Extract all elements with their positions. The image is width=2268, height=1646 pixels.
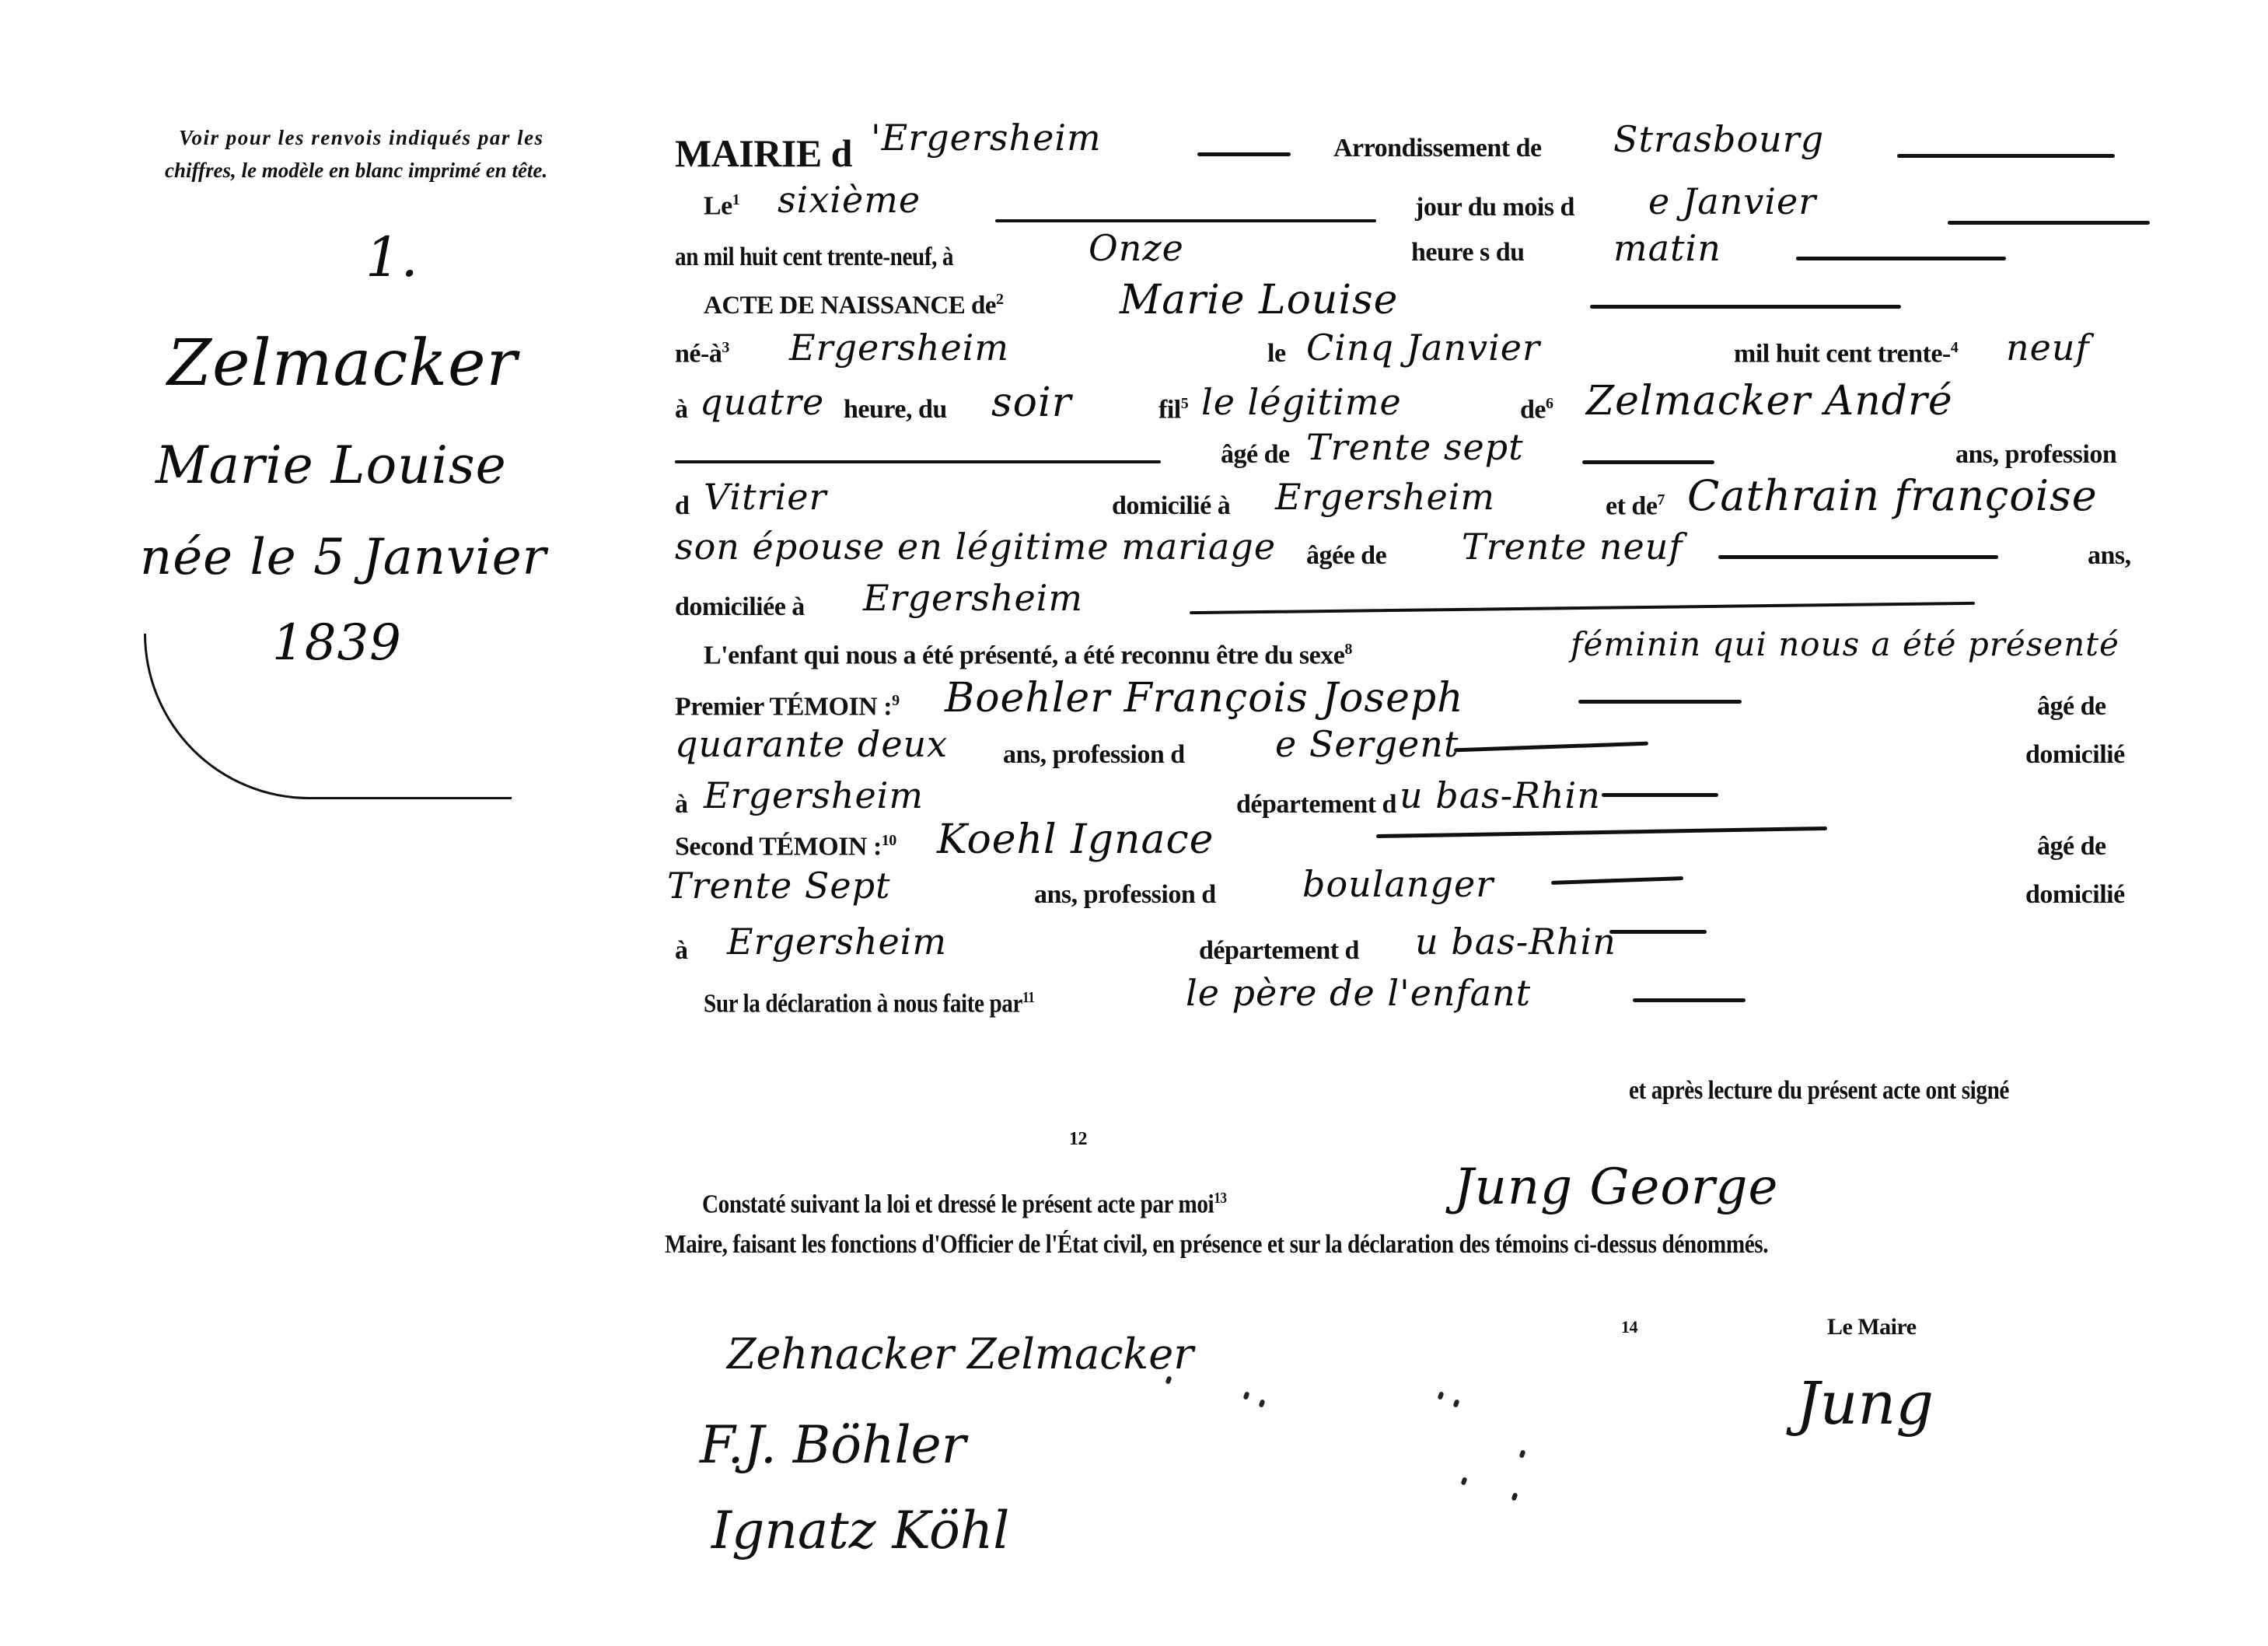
witness1-a-label: à bbox=[675, 790, 688, 820]
witness1-age: quarante deux bbox=[675, 723, 948, 765]
mother-domicile: Ergersheim bbox=[863, 577, 1083, 619]
witness2-age-label: âgé de bbox=[2037, 832, 2106, 861]
witness2-domicile: Ergersheim bbox=[727, 921, 947, 963]
fil-value: le légitime bbox=[1201, 381, 1402, 423]
le-date-label: le bbox=[1267, 339, 1286, 369]
witness2-domicilie-label: domicilié bbox=[2025, 880, 2125, 910]
arrondissement-value: Strasbourg bbox=[1613, 118, 1824, 160]
ink-speck bbox=[1460, 1477, 1467, 1485]
fill-rule bbox=[1376, 826, 1827, 838]
margin-flourish bbox=[144, 634, 512, 799]
le-maire-label: Le Maire bbox=[1827, 1314, 1917, 1340]
constate-label: Constaté suivant la loi et dressé le pré… bbox=[702, 1190, 1227, 1219]
ink-speck bbox=[1511, 1492, 1518, 1501]
ne-label: né-à3 bbox=[675, 339, 729, 369]
arrondissement-label: Arrondissement de bbox=[1333, 134, 1542, 163]
month-value: e Janvier bbox=[1648, 180, 1816, 222]
acte-label: ACTE DE NAISSANCE de2 bbox=[704, 291, 1004, 320]
signed-label: et après lecture du présent acte ont sig… bbox=[1629, 1076, 2009, 1106]
mayor-signature: Jung bbox=[1796, 1368, 1934, 1438]
margin-note-line2: chiffres, le modèle en blanc imprimé en … bbox=[165, 159, 547, 183]
birth-date: Cinq Janvier bbox=[1306, 327, 1540, 369]
ink-speck bbox=[1242, 1391, 1249, 1400]
et-de-label: et de7 bbox=[1606, 491, 1665, 521]
father-name: Zelmacker André bbox=[1586, 378, 1953, 425]
witness1-domicile: Ergersheim bbox=[704, 774, 924, 816]
hour-value: Onze bbox=[1089, 227, 1184, 269]
birth-year-label: mil huit cent trente-4 bbox=[1734, 339, 1958, 369]
father-profession: Vitrier bbox=[704, 476, 827, 518]
birth-year-value: neuf bbox=[2006, 327, 2090, 369]
child-name: Marie Louise bbox=[1120, 277, 1398, 323]
signature-2: F.J. Böhler bbox=[700, 1415, 966, 1475]
year-label: an mil huit cent trente-neuf, à bbox=[675, 243, 953, 272]
enfant-label: L'enfant qui nous a été présenté, a été … bbox=[704, 641, 1352, 670]
ref-12: 12 bbox=[1069, 1129, 1087, 1150]
ink-speck bbox=[1437, 1391, 1444, 1400]
mairie-value: 'Ergersheim bbox=[871, 117, 1102, 159]
mother-age: Trente neuf bbox=[1462, 526, 1683, 568]
witness2-name: Koehl Ignace bbox=[937, 816, 1214, 863]
signature-1: Zehnacker Zelmacker bbox=[727, 1330, 1193, 1379]
witness1-profession: e Sergent bbox=[1275, 723, 1459, 765]
day-value: sixième bbox=[778, 179, 921, 221]
witness2-age: Trente Sept bbox=[667, 865, 891, 907]
fill-rule bbox=[995, 219, 1376, 222]
premier-temoin-label: Premier TÉMOIN :9 bbox=[675, 692, 900, 722]
le-label: Le1 bbox=[704, 191, 739, 221]
ans-label: ans, bbox=[2088, 541, 2131, 571]
fill-rule bbox=[1190, 602, 1975, 614]
maire-line: Maire, faisant les fonctions d'Officier … bbox=[665, 1230, 1768, 1260]
father-domicile: Ergersheim bbox=[1275, 476, 1495, 518]
mother-relation: son épouse en légitime mariage bbox=[675, 526, 1276, 568]
margin-given-names: Marie Louise bbox=[156, 435, 507, 495]
birth-period: soir bbox=[991, 379, 1071, 426]
witness1-age-label: âgé de bbox=[2037, 692, 2106, 722]
ink-speck bbox=[1518, 1449, 1525, 1458]
birth-heure-label: heure, du bbox=[844, 395, 947, 425]
heure-label: heure s du bbox=[1411, 238, 1525, 267]
birth-hour-value: quatre bbox=[700, 381, 824, 423]
fill-rule bbox=[1796, 257, 2006, 260]
fill-rule bbox=[1578, 700, 1742, 704]
fill-rule bbox=[1633, 998, 1746, 1002]
witness1-dept: u bas-Rhin bbox=[1400, 774, 1601, 816]
declaration-label: Sur la déclaration à nous faite par11 bbox=[704, 989, 1034, 1019]
domiciliee-label: domiciliée à bbox=[675, 592, 805, 622]
margin-note-line1: Voir pour les renvois indiqués par les bbox=[179, 126, 544, 150]
sex-value: féminin qui nous a été présenté bbox=[1571, 625, 2119, 663]
witness2-profession-label: ans, profession d bbox=[1034, 880, 1216, 910]
ans-profession-label: ans, profession bbox=[1955, 440, 2116, 470]
d-label: d bbox=[675, 491, 689, 521]
officer-name: Jung George bbox=[1454, 1158, 1778, 1216]
witness1-domicilie-label: domicilié bbox=[2025, 740, 2125, 770]
period-value: matin bbox=[1613, 227, 1721, 269]
declarant: le père de l'enfant bbox=[1186, 972, 1531, 1014]
father-age: Trente sept bbox=[1306, 426, 1524, 468]
margin-born-line: née le 5 Janvier bbox=[140, 529, 547, 586]
birthplace: Ergersheim bbox=[789, 327, 1009, 369]
entry-number: 1. bbox=[365, 225, 419, 289]
witness1-departement-label: département d bbox=[1236, 790, 1396, 820]
witness2-departement-label: département d bbox=[1199, 936, 1359, 966]
witness1-name: Boehler François Joseph bbox=[945, 675, 1464, 722]
witness2-a-label: à bbox=[675, 936, 688, 966]
ink-speck bbox=[1258, 1399, 1265, 1407]
ink-speck bbox=[1452, 1399, 1459, 1407]
fill-rule bbox=[1948, 221, 2150, 225]
mother-age-label: âgée de bbox=[1306, 541, 1386, 571]
witness2-dept: u bas-Rhin bbox=[1415, 921, 1616, 963]
witness2-profession: boulanger bbox=[1302, 863, 1494, 905]
fill-rule bbox=[1609, 930, 1707, 934]
fill-rule bbox=[1602, 793, 1718, 797]
fill-rule bbox=[1590, 305, 1901, 309]
second-temoin-label: Second TÉMOIN :10 bbox=[675, 832, 896, 861]
jour-du-mois-label: jour du mois d bbox=[1415, 193, 1574, 222]
fill-rule bbox=[1897, 154, 2115, 158]
mother-name: Cathrain françoise bbox=[1687, 471, 2098, 520]
fill-rule bbox=[1454, 742, 1648, 753]
signature-3: Ignatz Köhl bbox=[711, 1501, 1009, 1560]
margin-surname: Zelmacker bbox=[167, 327, 518, 400]
fil-label: fil5 bbox=[1158, 395, 1188, 425]
de-label: de6 bbox=[1520, 395, 1553, 425]
fill-rule bbox=[1551, 876, 1683, 885]
birth-hour-prefix: à bbox=[675, 395, 688, 425]
fill-rule bbox=[1718, 555, 1998, 559]
witness1-profession-label: ans, profession d bbox=[1003, 740, 1185, 770]
fill-rule bbox=[1197, 152, 1291, 156]
fill-rule bbox=[1582, 460, 1714, 464]
father-age-label: âgé de bbox=[1221, 440, 1290, 470]
ref-14: 14 bbox=[1621, 1317, 1637, 1337]
mairie-label: MAIRIE d bbox=[675, 131, 852, 176]
fill-rule bbox=[675, 460, 1161, 463]
domicilie-label: domicilié à bbox=[1112, 491, 1230, 521]
